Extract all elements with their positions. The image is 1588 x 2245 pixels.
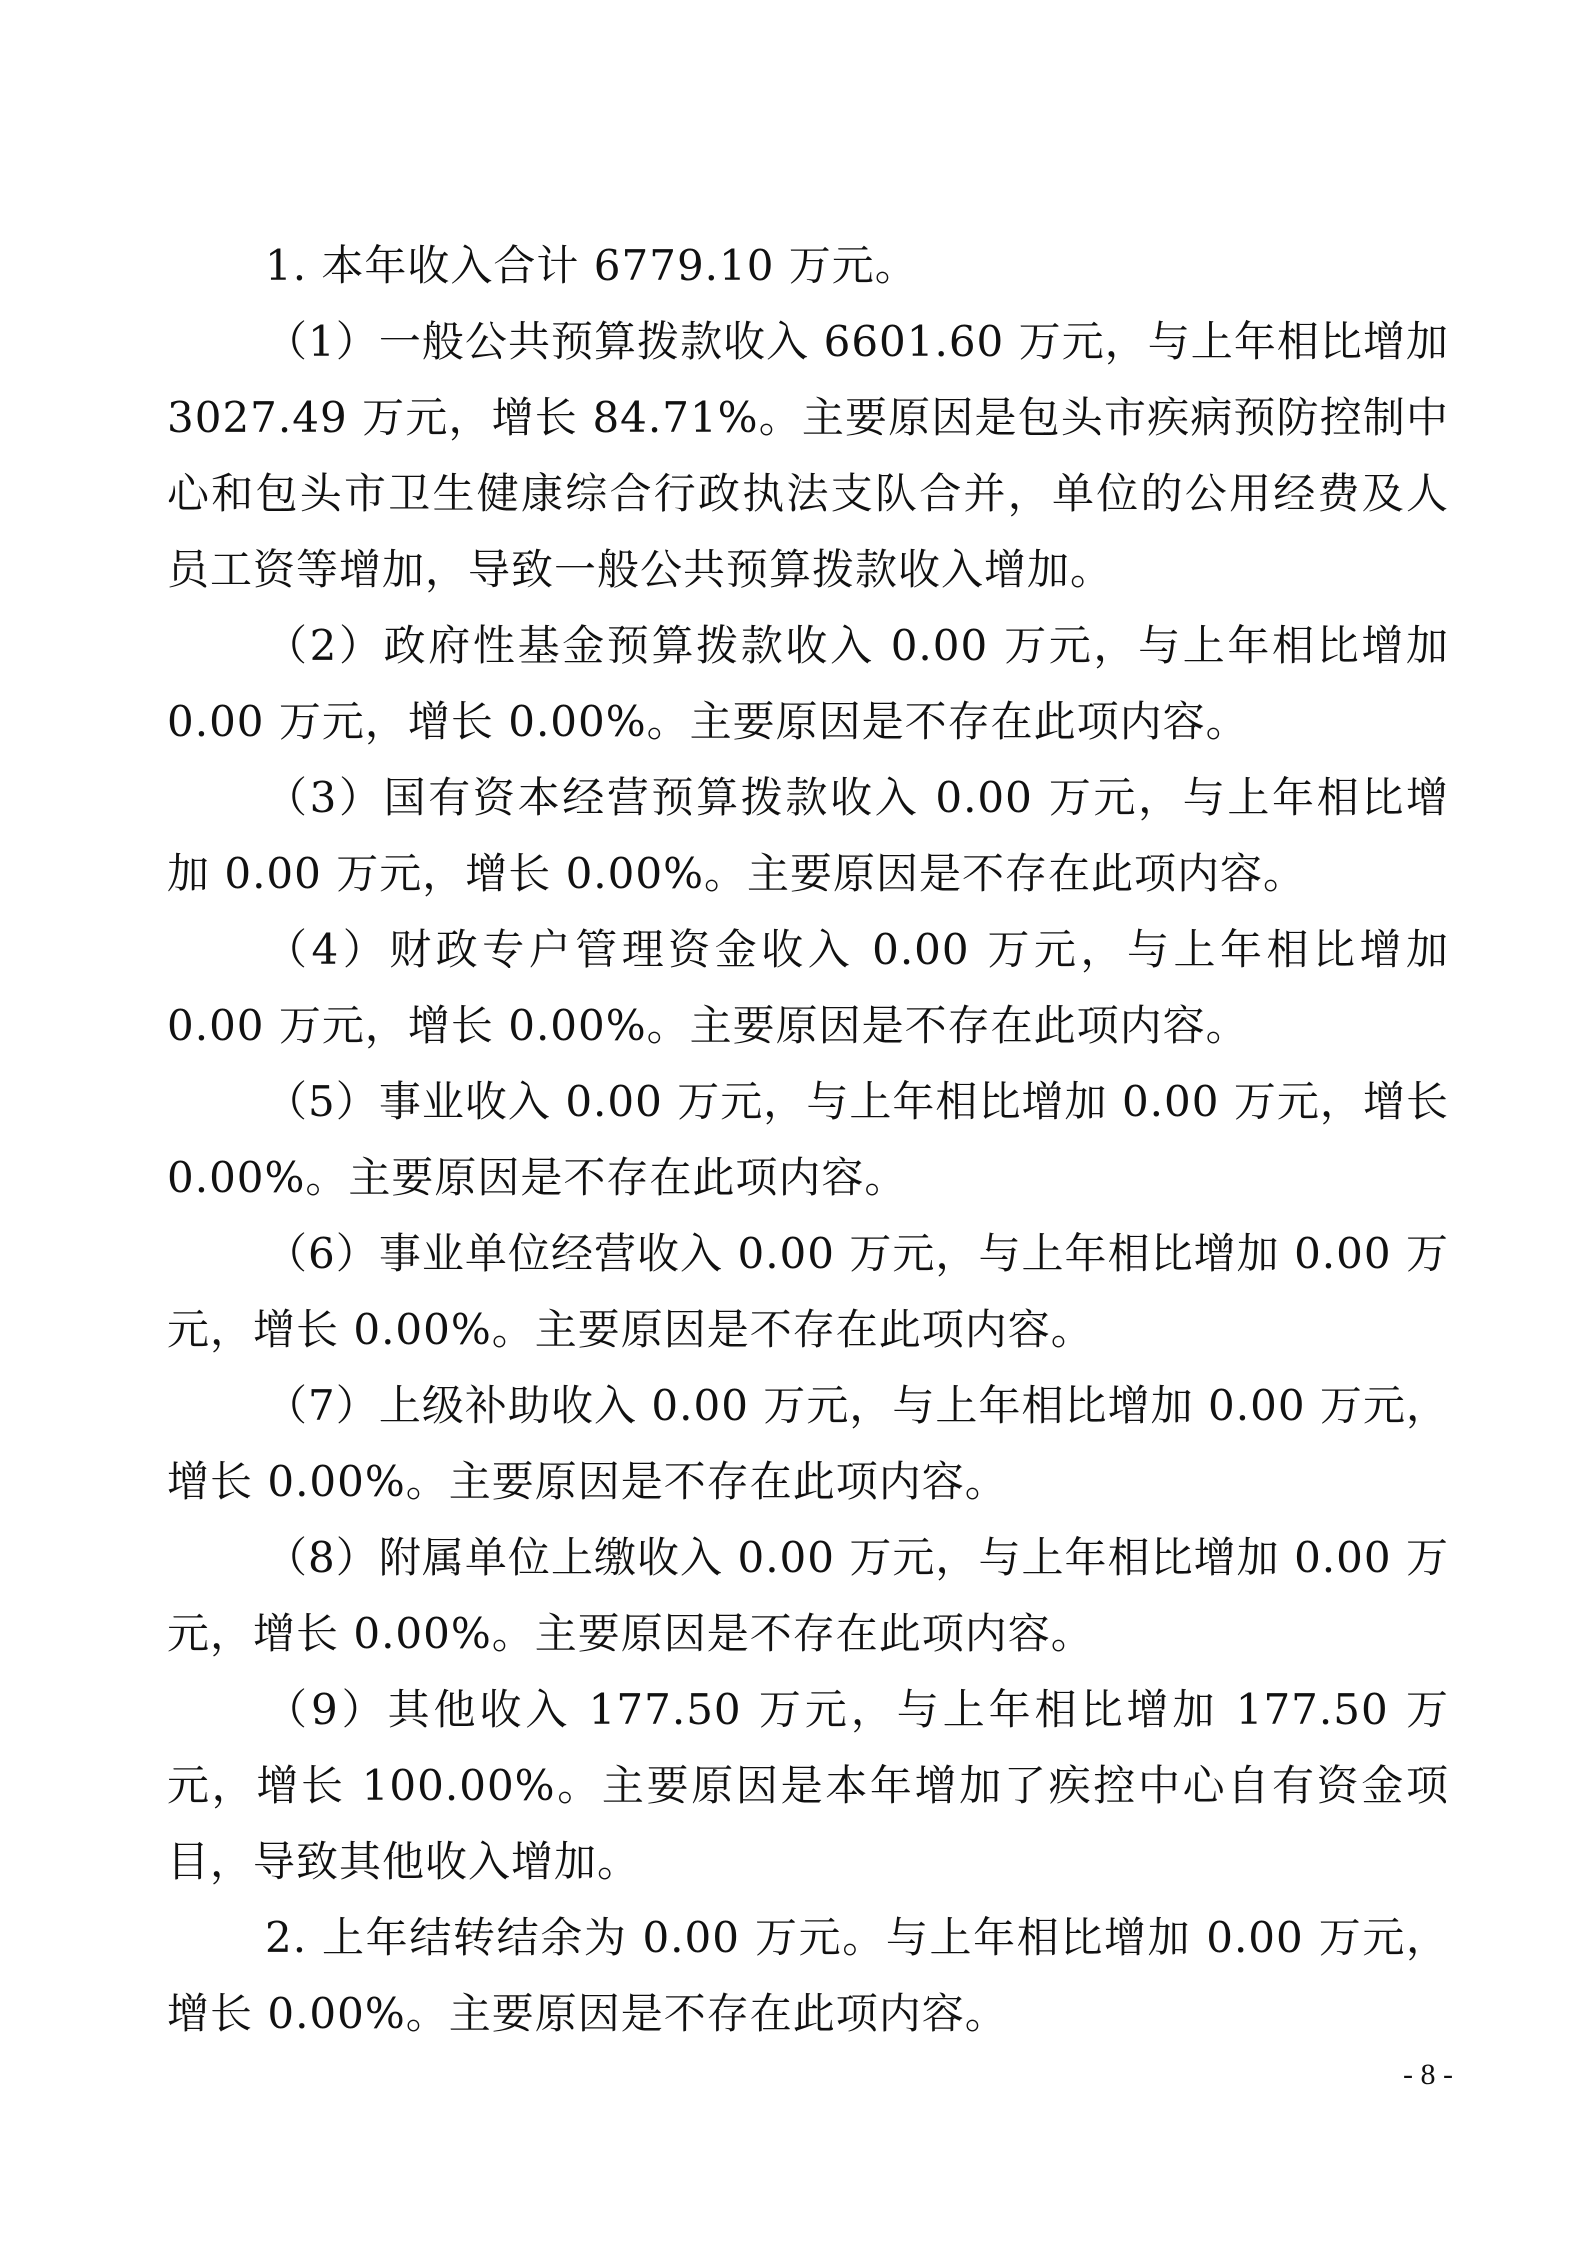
paragraph-prior-year-carryover: 2. 上年结转结余为 0.00 万元。与上年相比增加 0.00 万元，增长 0.… bbox=[167, 1900, 1449, 2052]
page-number: - 8 - bbox=[1403, 2058, 1453, 2092]
document-body: 1. 本年收入合计 6779.10 万元。 （1）一般公共预算拨款收入 6601… bbox=[167, 228, 1449, 2052]
paragraph-government-fund-income: （2）政府性基金预算拨款收入 0.00 万元，与上年相比增加 0.00 万元，增… bbox=[167, 608, 1449, 760]
paragraph-operating-income: （6）事业单位经营收入 0.00 万元，与上年相比增加 0.00 万元，增长 0… bbox=[167, 1216, 1449, 1368]
paragraph-general-budget-income: （1）一般公共预算拨款收入 6601.60 万元，与上年相比增加 3027.49… bbox=[167, 304, 1449, 608]
paragraph-business-income: （5）事业收入 0.00 万元，与上年相比增加 0.00 万元，增长 0.00%… bbox=[167, 1064, 1449, 1216]
paragraph-special-account-income: （4）财政专户管理资金收入 0.00 万元，与上年相比增加 0.00 万元，增长… bbox=[167, 912, 1449, 1064]
paragraph-affiliated-unit-income: （8）附属单位上缴收入 0.00 万元，与上年相比增加 0.00 万元，增长 0… bbox=[167, 1520, 1449, 1672]
paragraph-total-income: 1. 本年收入合计 6779.10 万元。 bbox=[167, 228, 1449, 304]
paragraph-superior-subsidy-income: （7）上级补助收入 0.00 万元，与上年相比增加 0.00 万元，增长 0.0… bbox=[167, 1368, 1449, 1520]
paragraph-other-income: （9）其他收入 177.50 万元，与上年相比增加 177.50 万元，增长 1… bbox=[167, 1672, 1449, 1900]
paragraph-state-capital-income: （3）国有资本经营预算拨款收入 0.00 万元，与上年相比增加 0.00 万元，… bbox=[167, 760, 1449, 912]
